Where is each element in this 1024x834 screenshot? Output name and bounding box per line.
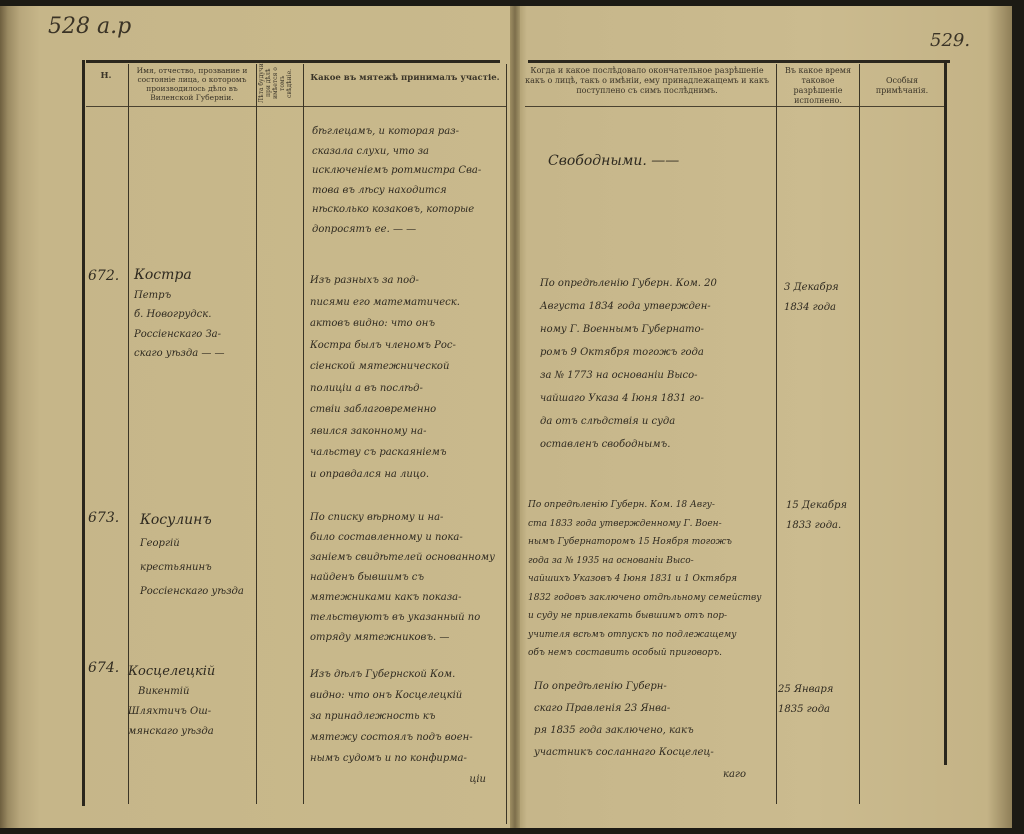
entry-participation: По списку вѣрному и на- било составленно… <box>310 508 506 648</box>
column-line <box>82 60 85 806</box>
folio-right: 529. <box>930 30 970 51</box>
book-gutter <box>510 6 520 828</box>
entry-name: Косулинъ Георгій крестьянинъ Россіенскаг… <box>140 508 258 604</box>
entry-participation: Изъ дѣлъ Губернской Ком. видно: что онъ … <box>310 664 506 790</box>
header-bottom-rule-left <box>86 106 506 107</box>
continuation-participation: бѣглецамъ, и которая раз- сказала слухи,… <box>312 122 507 239</box>
entry-resolution: По опредѣленію Губерн. Ком. 20 Августа 1… <box>540 272 776 456</box>
entry-resolution: По опредѣленію Губерн- скаго Правленія 2… <box>534 676 776 786</box>
folio-left: 528 а.р <box>48 14 131 39</box>
header-name: Имя, отчество, прозвание и состояніе лиц… <box>130 66 254 102</box>
column-line <box>776 64 777 804</box>
header-notes: Особыя примѣчанія. <box>861 76 943 96</box>
column-line <box>859 64 860 804</box>
header-rule-right <box>528 60 950 63</box>
continuation-resolution: Свободными. —— <box>548 152 679 172</box>
column-line <box>303 64 304 804</box>
entry-executed-when: 25 Января 1835 года <box>778 680 858 719</box>
entry-participation: Изъ разныхъ за под- писями его математич… <box>310 270 506 485</box>
entry-number: 673. <box>88 510 119 526</box>
entry-executed-when: 3 Декабря 1834 года <box>784 278 858 317</box>
header-resolution: Когда и какое послѣдовало окончательное … <box>520 66 774 96</box>
column-line <box>944 60 947 765</box>
header-number: Н. <box>86 72 126 81</box>
entry-number: 674. <box>88 660 119 676</box>
entry-number: 672. <box>88 268 119 284</box>
entry-name: Костра Петръ б. Новогрудск. Россіенскаго… <box>134 266 256 364</box>
header-participation: Какое въ мятежѣ принималъ участіе. <box>306 74 504 83</box>
entry-resolution: По опредѣленію Губерн. Ком. 18 Авгу- ста… <box>528 496 778 663</box>
entry-executed-when: 15 Декабря 1833 года. <box>786 496 860 535</box>
header-executed-when: Въ какое время таковое разрѣшеніе исполн… <box>778 66 858 106</box>
entry-name: Косцелецкій Викентій Шляхтичъ Ош- мянска… <box>128 662 258 742</box>
header-sub-column: Лѣта будучи при дѣлѣ имѣется о томъ свѣд… <box>258 62 300 104</box>
header-bottom-rule-right <box>525 106 945 107</box>
